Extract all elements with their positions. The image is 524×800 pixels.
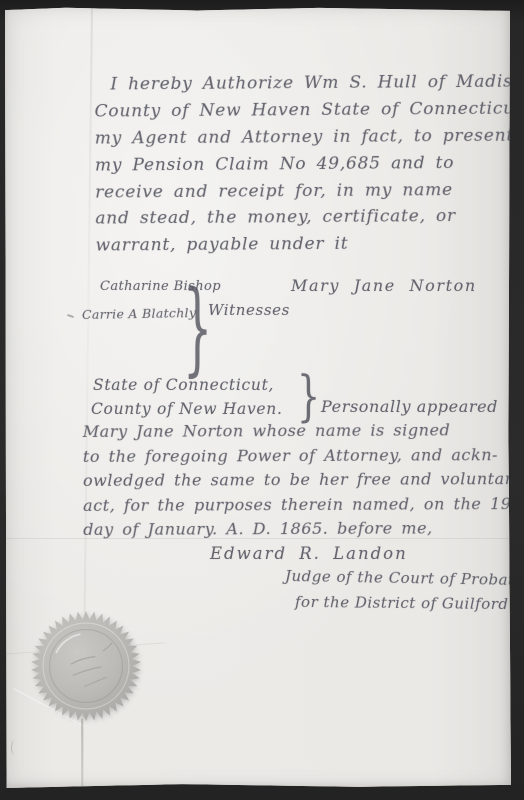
judge-signature: Edward R. Landon xyxy=(210,544,408,563)
notary-brace: } xyxy=(297,365,320,428)
notary-appeared-text: Personally appeared xyxy=(321,397,498,416)
handwritten-line: my Pension Claim No 49,685 and to xyxy=(95,152,524,182)
witness-signature-2: Carrie A Blatchly xyxy=(82,305,196,322)
pencil-mark xyxy=(67,314,74,318)
embossed-seal-icon xyxy=(30,610,142,722)
superscript-day-suffix: t xyxy=(511,495,515,506)
line-text: act, for the purposes therein named, on … xyxy=(83,494,512,515)
stray-pencil-arc xyxy=(11,740,19,755)
handwritten-line: I hereby Authorize Wm S. Hull of Madison xyxy=(94,71,524,101)
principal-signature: Mary Jane Norton xyxy=(291,276,477,295)
notary-state-line: State of Connecticut, xyxy=(93,376,274,394)
crease-below-seal xyxy=(81,719,83,793)
witnesses-label: Witnesses xyxy=(208,301,290,319)
judge-title-line-1: Judge of the Court of Probate xyxy=(285,567,524,589)
judge-title-line-2: for the District of Guilford. xyxy=(295,593,514,613)
handwritten-line: County of New Haven State of Connecticut xyxy=(95,98,524,128)
handwritten-line: my Agent and Attorney in fact, to presen… xyxy=(95,125,524,155)
authorization-paragraph: I hereby Authorize Wm S. Hull of Madison… xyxy=(94,71,524,262)
notary-county-line: County of New Haven. xyxy=(91,400,283,418)
acknowledgment-paragraph: Mary Jane Norton whose name is signed to… xyxy=(83,420,523,545)
handwritten-line: warrant, payable under it xyxy=(95,233,524,263)
handwritten-line: to the foregoing Power of Attorney, and … xyxy=(83,445,523,472)
handwritten-line: Mary Jane Norton whose name is signed xyxy=(83,420,523,447)
handwritten-line: day of January. A. D. 1865. before me, xyxy=(83,518,523,545)
scan-area: I hereby Authorize Wm S. Hull of Madison… xyxy=(0,0,524,800)
witnesses-brace: } xyxy=(183,269,212,387)
document-page: I hereby Authorize Wm S. Hull of Madison… xyxy=(5,7,511,788)
handwritten-line: act, for the purposes therein named, on … xyxy=(83,494,523,521)
handwritten-line: receive and receipt for, in my name xyxy=(95,179,524,209)
handwritten-line: owledged the same to be her free and vol… xyxy=(83,469,523,496)
scanner-background: { "document": { "body_lines": [ "I hereb… xyxy=(0,0,524,800)
handwritten-line: and stead, the money, certificate, or xyxy=(95,206,524,236)
